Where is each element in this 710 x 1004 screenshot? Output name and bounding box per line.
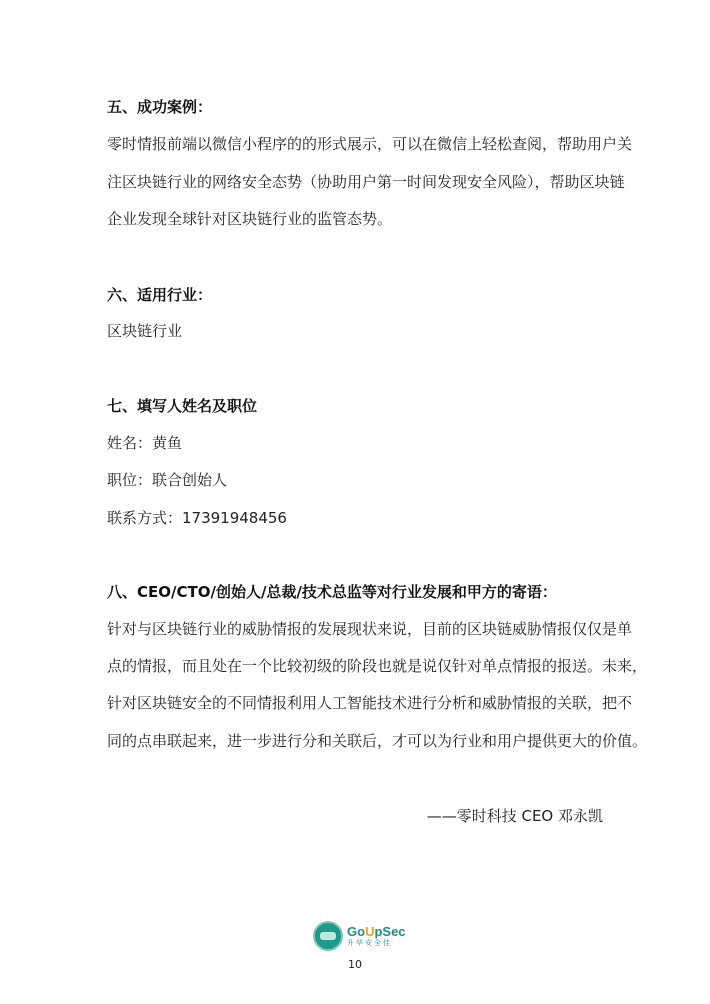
section-heading-success-cases: 五、成功案例： xyxy=(107,96,212,117)
filler-position: 职位：联合创始人 xyxy=(107,469,227,490)
logo-subtitle: 升华安全佳 xyxy=(347,940,406,947)
section-heading-industry: 六、适用行业： xyxy=(107,284,212,305)
page-number: 10 xyxy=(0,958,710,971)
paragraph-line: 企业发现全球针对区块链行业的监管态势。 xyxy=(107,208,392,229)
section-heading-filler: 七、填写人姓名及职位 xyxy=(107,395,257,416)
paragraph-line: 针对与区块链行业的威胁情报的发展现状来说，目前的区块链威胁情报仅仅是单 xyxy=(107,618,632,639)
filler-contact: 联系方式：17391948456 xyxy=(107,507,287,528)
paragraph-line: 点的情报，而且处在一个比较初级的阶段也就是说仅针对单点情报的报送。未来， xyxy=(107,655,647,676)
paragraph-line: 同的点串联起来，进一步进行分和关联后，才可以为行业和用户提供更大的价值。 xyxy=(107,730,647,751)
logo-emblem-icon xyxy=(313,921,343,951)
document-page: 五、成功案例： 零时情报前端以微信小程序的的形式展示，可以在微信上轻松查阅，帮助… xyxy=(0,0,710,1004)
paragraph-line: 零时情报前端以微信小程序的的形式展示，可以在微信上轻松查阅，帮助用户关 xyxy=(107,133,632,154)
logo-brand-text: GoUpSec xyxy=(347,925,406,938)
paragraph-line: 注区块链行业的网络安全态势（协助用户第一时间发现安全风险），帮助区块链 xyxy=(107,171,625,192)
goupsec-logo: GoUpSec 升华安全佳 xyxy=(313,921,406,951)
section-heading-message: 八、CEO/CTO/创始人/总裁/技术总监等对行业发展和甲方的寄语： xyxy=(107,581,557,602)
paragraph-line: 针对区块链安全的不同情报利用人工智能技术进行分析和威胁情报的关联，把不 xyxy=(107,692,632,713)
paragraph-line: 区块链行业 xyxy=(107,320,182,341)
filler-name: 姓名：黄鱼 xyxy=(107,432,182,453)
signature: ——零时科技 CEO 邓永凯 xyxy=(427,805,603,826)
